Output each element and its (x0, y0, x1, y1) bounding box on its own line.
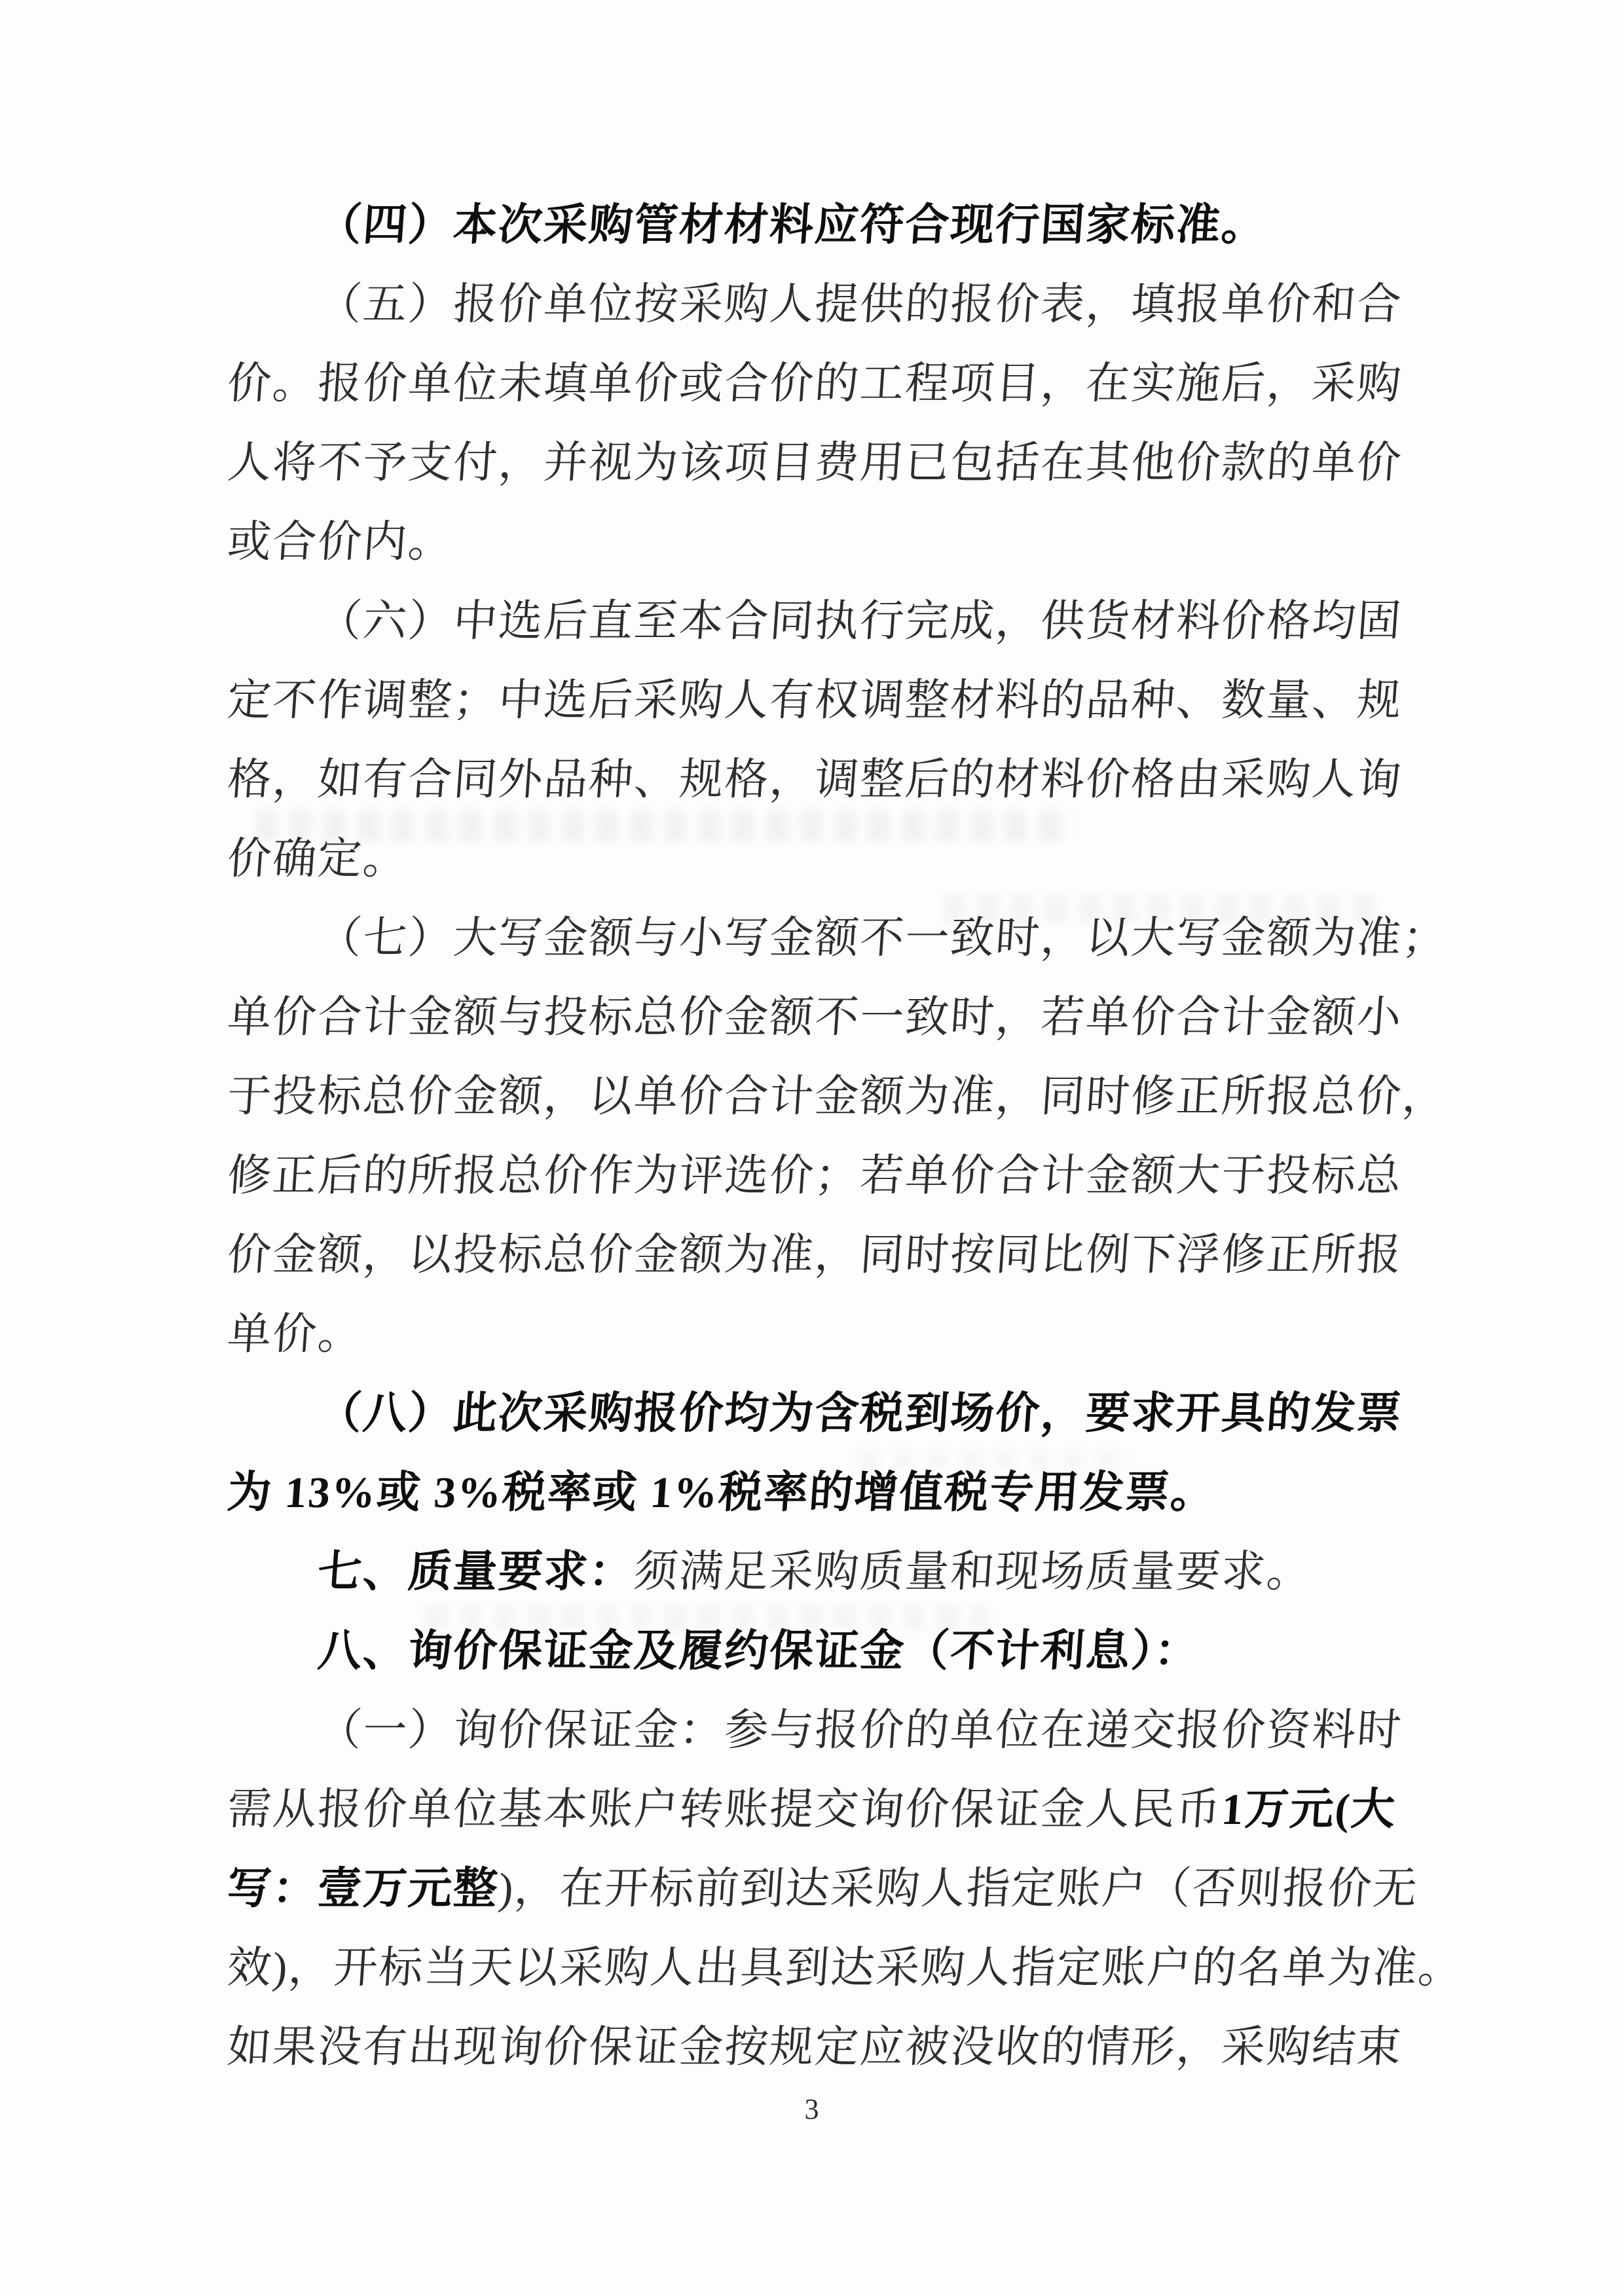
text-line: 效)，开标当天以采购人出具到达采购人指定账户的名单为准。 (225, 1929, 1405, 2008)
text-line: 价。报价单位未填单价或合价的工程项目，在实施后，采购 (225, 344, 1405, 424)
text-segment: 单价合计金额与投标总价金额不一致时，若单价合计金额小 (226, 993, 1404, 1042)
text-line: 或合价内。 (225, 503, 1405, 582)
text-line: （七）大写金额与小写金额不一致时，以大写金额为准； (225, 899, 1405, 978)
text-block: （四）本次采购管材材料应符合现行国家标准。（五）报价单位按采购人提供的报价表，填… (225, 186, 1399, 2087)
text-segment: （五）报价单位按采购人提供的报价表，填报单价和合 (316, 280, 1404, 329)
text-segment: 如果没有出现询价保证金按规定应被没收的情形，采购结束 (226, 2023, 1404, 2071)
text-line: 写：壹万元整)，在开标前到达采购人指定账户（否则报价无 (225, 1850, 1405, 1929)
bold-text-segment: （四）本次采购管材材料应符合现行国家标准。 (316, 201, 1268, 249)
bold-text-segment: 为 13%或 3%税率或 1%税率的增值税专用发票。 (226, 1468, 1217, 1517)
text-segment: 价金额，以投标总价金额为准，同时按同比例下浮修正所报 (226, 1231, 1404, 1279)
bold-text-segment: 七、质量要求： (316, 1548, 636, 1596)
text-segment: 须满足采购质量和现场质量要求。 (633, 1548, 1314, 1596)
text-line: （一）询价保证金：参与报价的单位在递交报价资料时 (225, 1691, 1405, 1770)
page-number: 3 (0, 2092, 1624, 2126)
bold-text-segment: 1万元(大 (1220, 1785, 1398, 1834)
text-line: （四）本次采购管材材料应符合现行国家标准。 (225, 186, 1405, 265)
text-line: 为 13%或 3%税率或 1%税率的增值税专用发票。 (225, 1453, 1405, 1533)
text-segment: 人将不予支付，并视为该项目费用已包括在其他价款的单价 (226, 439, 1404, 487)
text-segment: （七）大写金额与小写金额不一致时，以大写金额为准； (316, 914, 1449, 962)
text-line: 价金额，以投标总价金额为准，同时按同比例下浮修正所报 (225, 1216, 1405, 1295)
text-line: 修正后的所报总价作为评选价；若单价合计金额大于投标总 (225, 1137, 1405, 1216)
text-segment: 价确定。 (226, 835, 410, 883)
text-line: （八）此次采购报价均为含税到场价，要求开具的发票 (225, 1374, 1405, 1453)
text-segment: 需从报价单位基本账户转账提交询价保证金人民币 (226, 1785, 1223, 1834)
text-line: （六）中选后直至本合同执行完成，供货材料价格均固 (225, 582, 1405, 661)
text-segment: 修正后的所报总价作为评选价；若单价合计金额大于投标总 (226, 1152, 1404, 1200)
text-segment: （一）询价保证金：参与报价的单位在递交报价资料时 (316, 1706, 1404, 1755)
text-segment: )，在开标前到达采购人指定账户（否则报价无 (497, 1865, 1420, 1913)
text-segment: 格，如有合同外品种、规格，调整后的材料价格由采购人询 (226, 756, 1404, 804)
text-line: 人将不予支付，并视为该项目费用已包括在其他价款的单价 (225, 424, 1405, 503)
text-line: 价确定。 (225, 820, 1405, 899)
bold-text-segment: （八）此次采购报价均为含税到场价，要求开具的发票 (316, 1389, 1404, 1438)
text-line: 如果没有出现询价保证金按规定应被没收的情形，采购结束 (225, 2008, 1405, 2087)
bold-text-segment: 八、询价保证金及履约保证金（不计利息）： (316, 1627, 1202, 1675)
text-line: 格，如有合同外品种、规格，调整后的材料价格由采购人询 (225, 740, 1405, 820)
text-line: （五）报价单位按采购人提供的报价表，填报单价和合 (225, 265, 1405, 344)
text-segment: 价。报价单位未填单价或合价的工程项目，在实施后，采购 (226, 359, 1404, 408)
text-line: 于投标总价金额，以单价合计金额为准，同时修正所报总价， (225, 1057, 1405, 1137)
text-line: 需从报价单位基本账户转账提交询价保证金人民币1万元(大 (225, 1770, 1405, 1850)
text-line: 单价。 (225, 1295, 1405, 1374)
text-segment: 效)，开标当天以采购人出具到达采购人指定账户的名单为准。 (226, 1944, 1465, 1992)
text-line: 八、询价保证金及履约保证金（不计利息）： (225, 1612, 1405, 1691)
text-segment: 定不作调整；中选后采购人有权调整材料的品种、数量、规 (226, 676, 1404, 725)
text-segment: （六）中选后直至本合同执行完成，供货材料价格均固 (316, 597, 1404, 646)
text-segment: 于投标总价金额，以单价合计金额为准，同时修正所报总价， (226, 1072, 1449, 1121)
text-segment: 或合价内。 (226, 518, 455, 566)
text-line: 定不作调整；中选后采购人有权调整材料的品种、数量、规 (225, 661, 1405, 740)
text-line: 七、质量要求：须满足采购质量和现场质量要求。 (225, 1533, 1405, 1612)
document-page: （四）本次采购管材材料应符合现行国家标准。（五）报价单位按采购人提供的报价表，填… (0, 0, 1624, 2296)
text-segment: 单价。 (226, 1310, 365, 1358)
text-line: 单价合计金额与投标总价金额不一致时，若单价合计金额小 (225, 978, 1405, 1057)
bold-text-segment: 写：壹万元整 (226, 1865, 500, 1913)
